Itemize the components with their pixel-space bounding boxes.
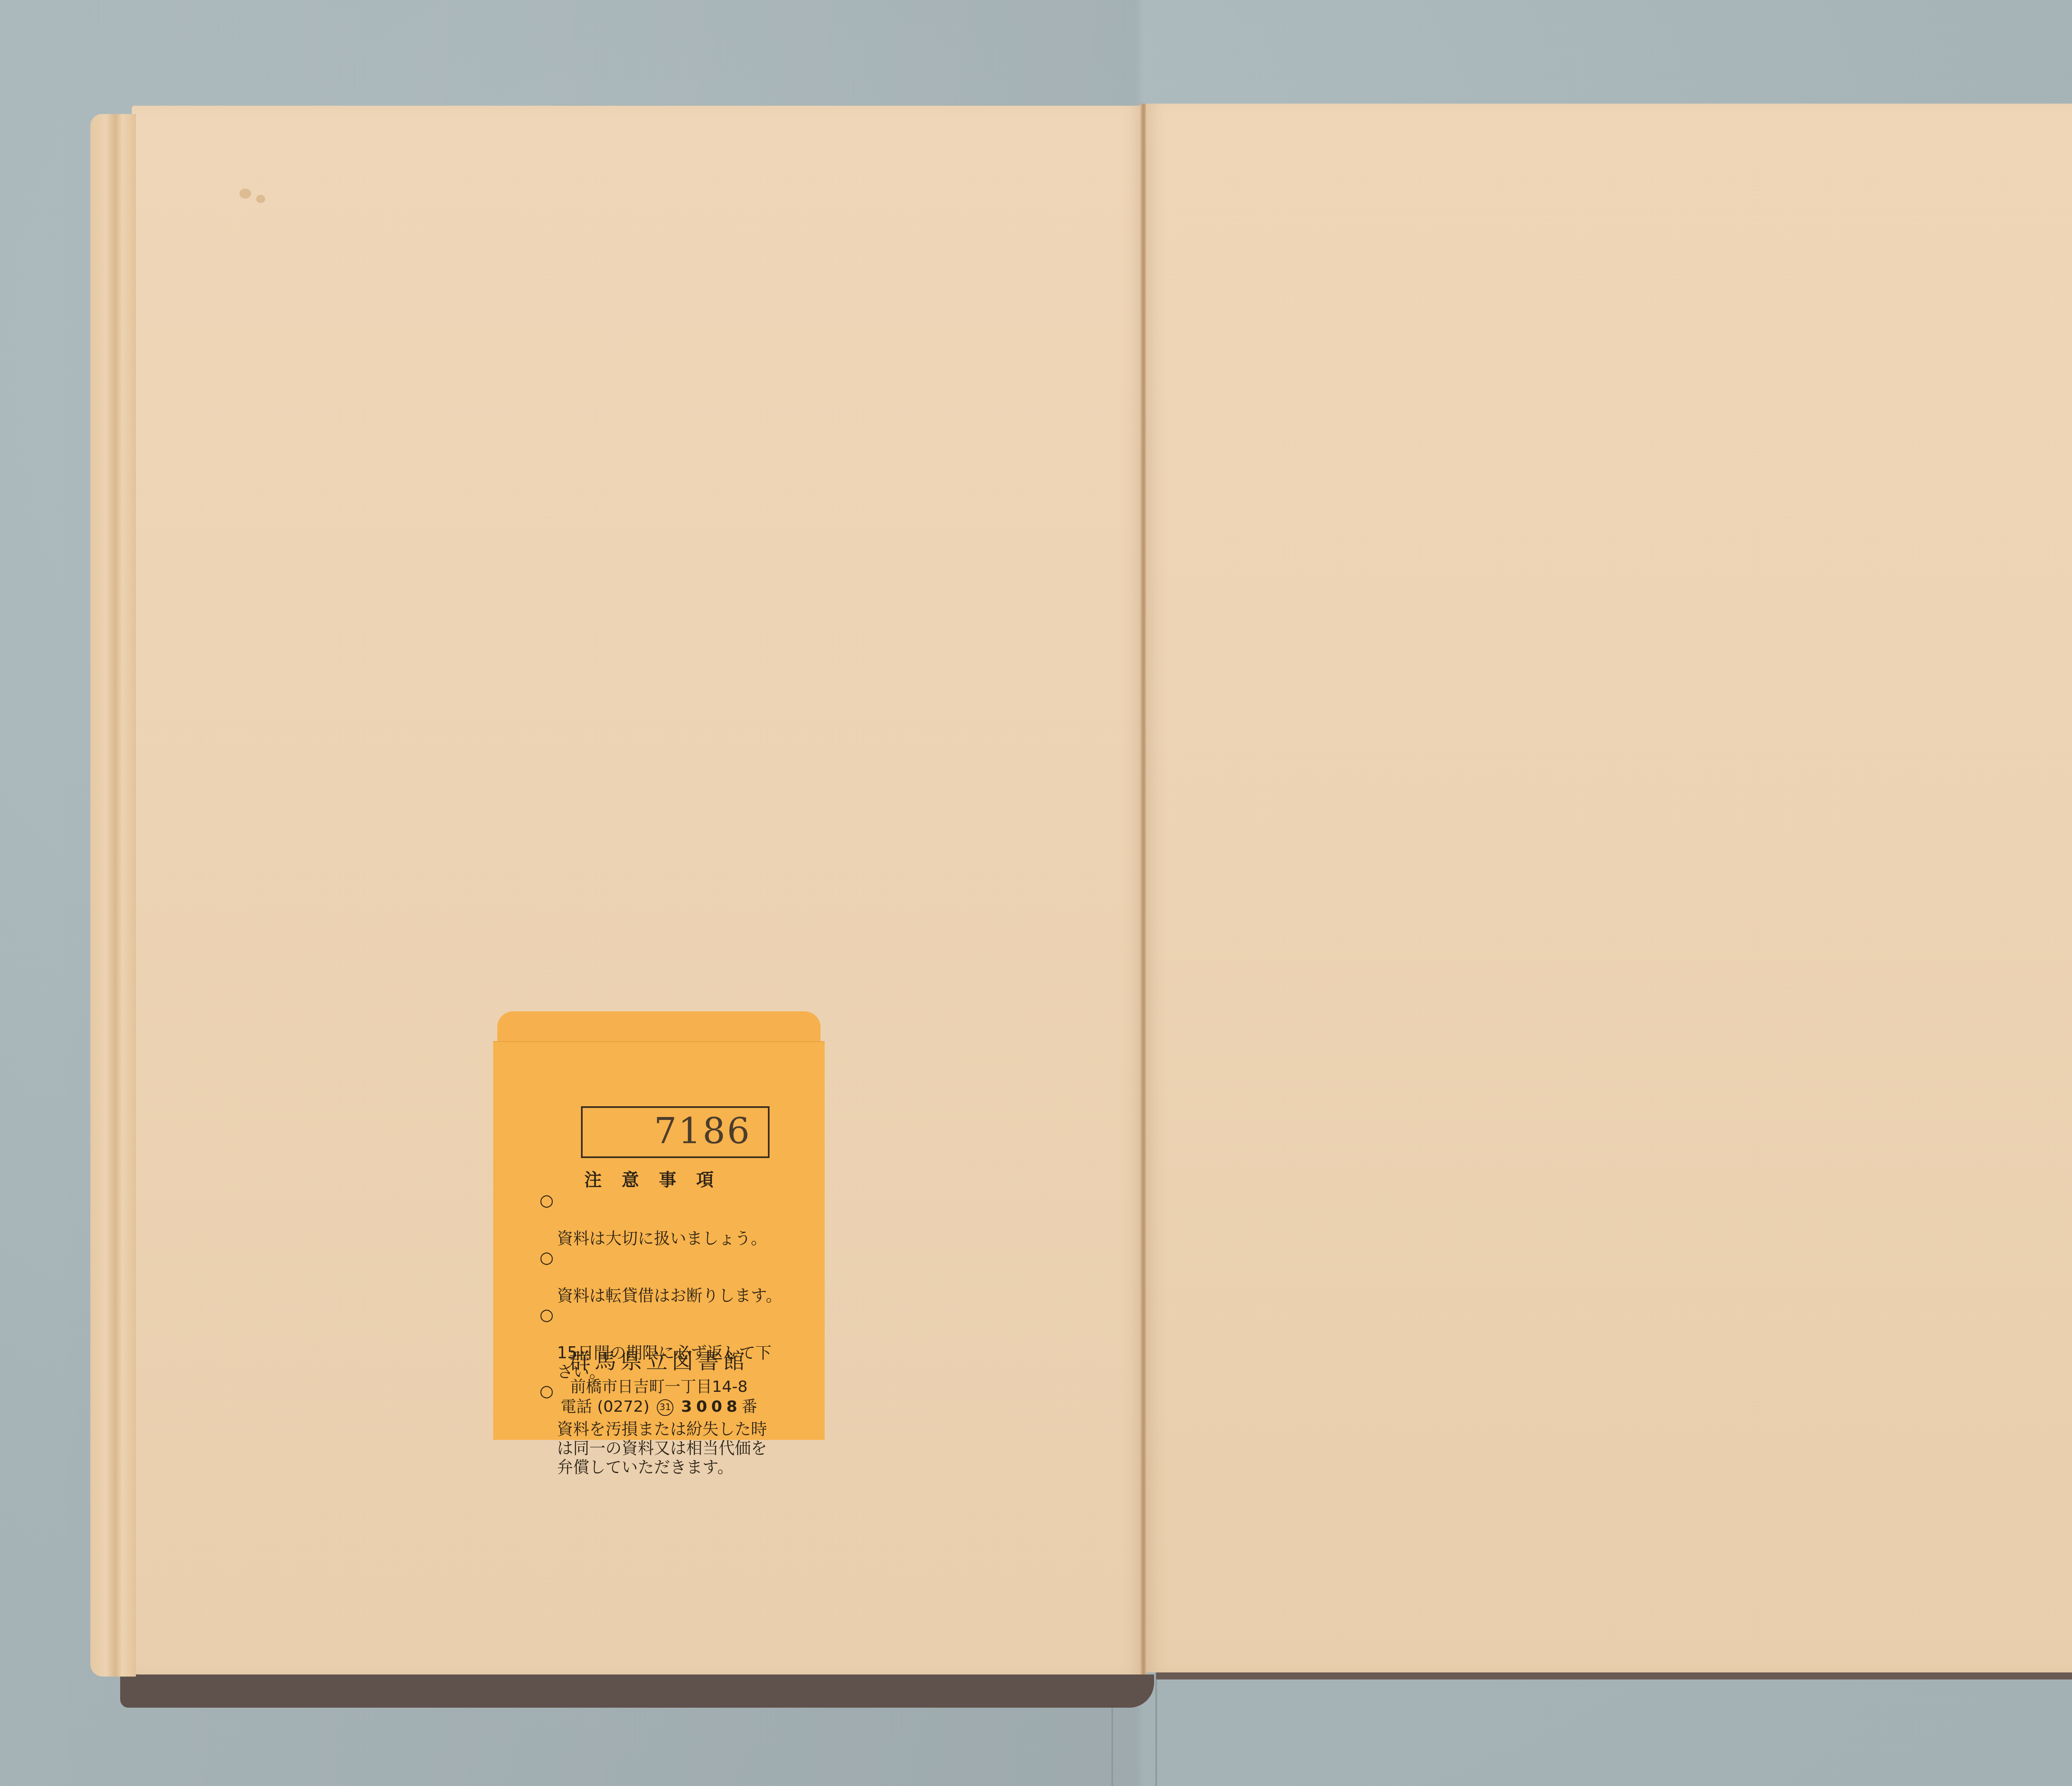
right-page: [1146, 104, 2072, 1672]
library-address: 前橋市日吉町一丁目14-8: [493, 1374, 825, 1396]
book-shadow-right: [1156, 1671, 2072, 1679]
rule-item: ○ 資料は転貸借はお断りします。: [540, 1248, 830, 1306]
circle-bullet-icon: ○: [540, 1191, 554, 1210]
call-number: 7186: [654, 1110, 751, 1152]
book-shadow-left: [120, 1675, 1154, 1708]
notice-title: 注意事項: [493, 1166, 825, 1191]
foxing-spot: [256, 195, 265, 203]
library-card-pocket: 7186 注意事項 ○ 資料は大切に扱いましょう。 ○ 資料は転貸借はお断りしま…: [493, 1011, 825, 1439]
pocket-body: 7186 注意事項 ○ 資料は大切に扱いましょう。 ○ 資料は転貸借はお断りしま…: [493, 1041, 825, 1440]
phone-number: 3008: [681, 1397, 741, 1415]
phone-suffix: 番: [741, 1397, 757, 1415]
circle-bullet-icon: ○: [540, 1306, 554, 1325]
phone-label: 電話: [561, 1397, 592, 1415]
rule-item: ○ 資料は大切に扱いましょう。: [540, 1191, 830, 1248]
library-name: 群馬県立図書館: [493, 1344, 825, 1375]
phone-exchange: 31: [657, 1399, 673, 1416]
rule-text: 資料を汚損または紛失した時 は同一の資料又は相当代価を 弁償していただきます。: [557, 1420, 767, 1477]
phone-area-code: (0272): [597, 1397, 649, 1415]
rule-text: 資料は大切に扱いましょう。: [557, 1229, 767, 1248]
foxing-spot: [240, 189, 251, 199]
background-seam: [1155, 1670, 1157, 1786]
circle-bullet-icon: ○: [540, 1248, 554, 1267]
call-number-box: 7186: [581, 1106, 770, 1158]
left-page: 7186 注意事項 ○ 資料は大切に扱いましょう。 ○ 資料は転貸借はお断りしま…: [132, 106, 1143, 1675]
page-stack-edge: [90, 114, 136, 1677]
rule-text: 資料は転貸借はお断りします。: [557, 1287, 782, 1305]
library-phone: 電話 (0272) 31 3008番: [493, 1393, 825, 1416]
rules-list: ○ 資料は大切に扱いましょう。 ○ 資料は転貸借はお断りします。 ○ 15日間の…: [540, 1191, 830, 1477]
